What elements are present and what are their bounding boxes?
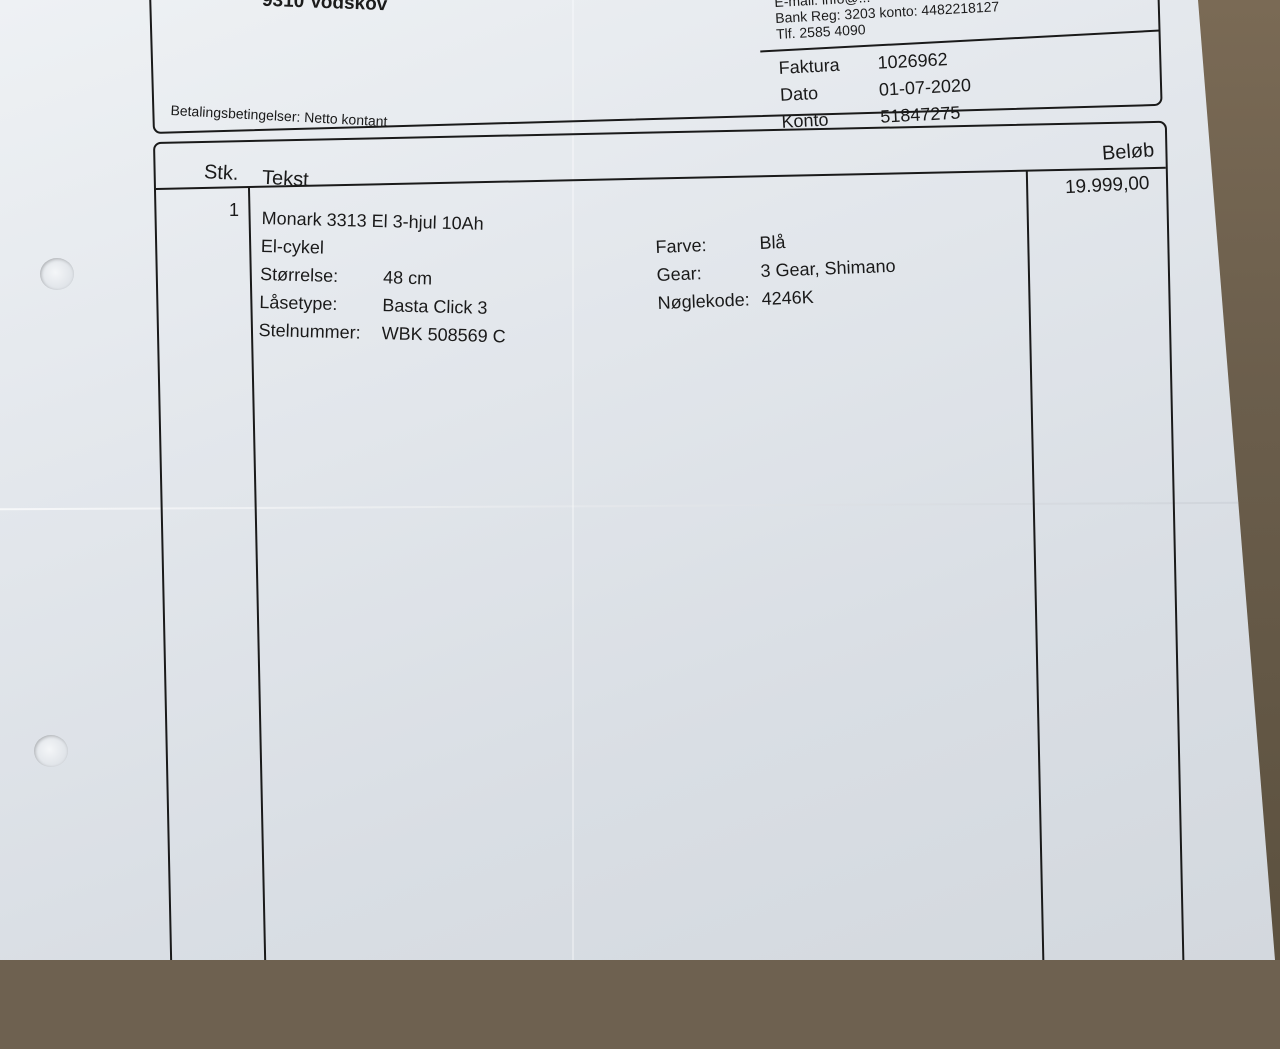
punch-hole-icon (34, 735, 68, 767)
column-header-amount: Beløb (1101, 139, 1155, 166)
meta-label: Faktura (778, 53, 878, 79)
spec-label: Gear: (656, 257, 761, 289)
invoice-meta: Faktura 1026962 Dato 01-07-2020 Konto 51… (778, 45, 973, 136)
invoice-number: 1026962 (877, 49, 948, 74)
spec-label: Størrelse: (260, 260, 384, 291)
spec-value: 3 Gear, Shimano (760, 252, 896, 285)
column-divider (1026, 171, 1046, 960)
meta-label: Dato (780, 80, 880, 106)
spec-value: WBK 508569 C (381, 319, 506, 350)
spec-value: Blå (759, 228, 786, 257)
invoice-paper: 9310 Vodskov E-mail: info@... Bank Reg: … (0, 0, 1280, 960)
spec-label: Stelnummer: (258, 316, 382, 347)
column-header-qty: Stk. (203, 161, 239, 186)
spec-label: Låsetype: (259, 288, 383, 319)
line-item-amount: 19.999,00 (1064, 173, 1150, 199)
spec-value: Basta Click 3 (382, 291, 488, 322)
spec-value: 4246K (761, 283, 814, 313)
line-item-description: Monark 3313 El 3-hjul 10Ah El-cykel Stør… (258, 204, 509, 350)
spec-label: Nøglekode: (657, 285, 762, 317)
invoice-date: 01-07-2020 (878, 75, 971, 101)
punch-hole-icon (40, 258, 74, 290)
line-item-specs-right: Farve: Blå Gear: 3 Gear, Shimano Nøgleko… (655, 224, 897, 317)
line-item-qty: 1 (229, 200, 239, 221)
column-header-text: Tekst (261, 167, 309, 192)
spec-label: Farve: (655, 229, 760, 261)
spec-value: 48 cm (383, 263, 433, 292)
account-number: 51847275 (880, 103, 961, 128)
